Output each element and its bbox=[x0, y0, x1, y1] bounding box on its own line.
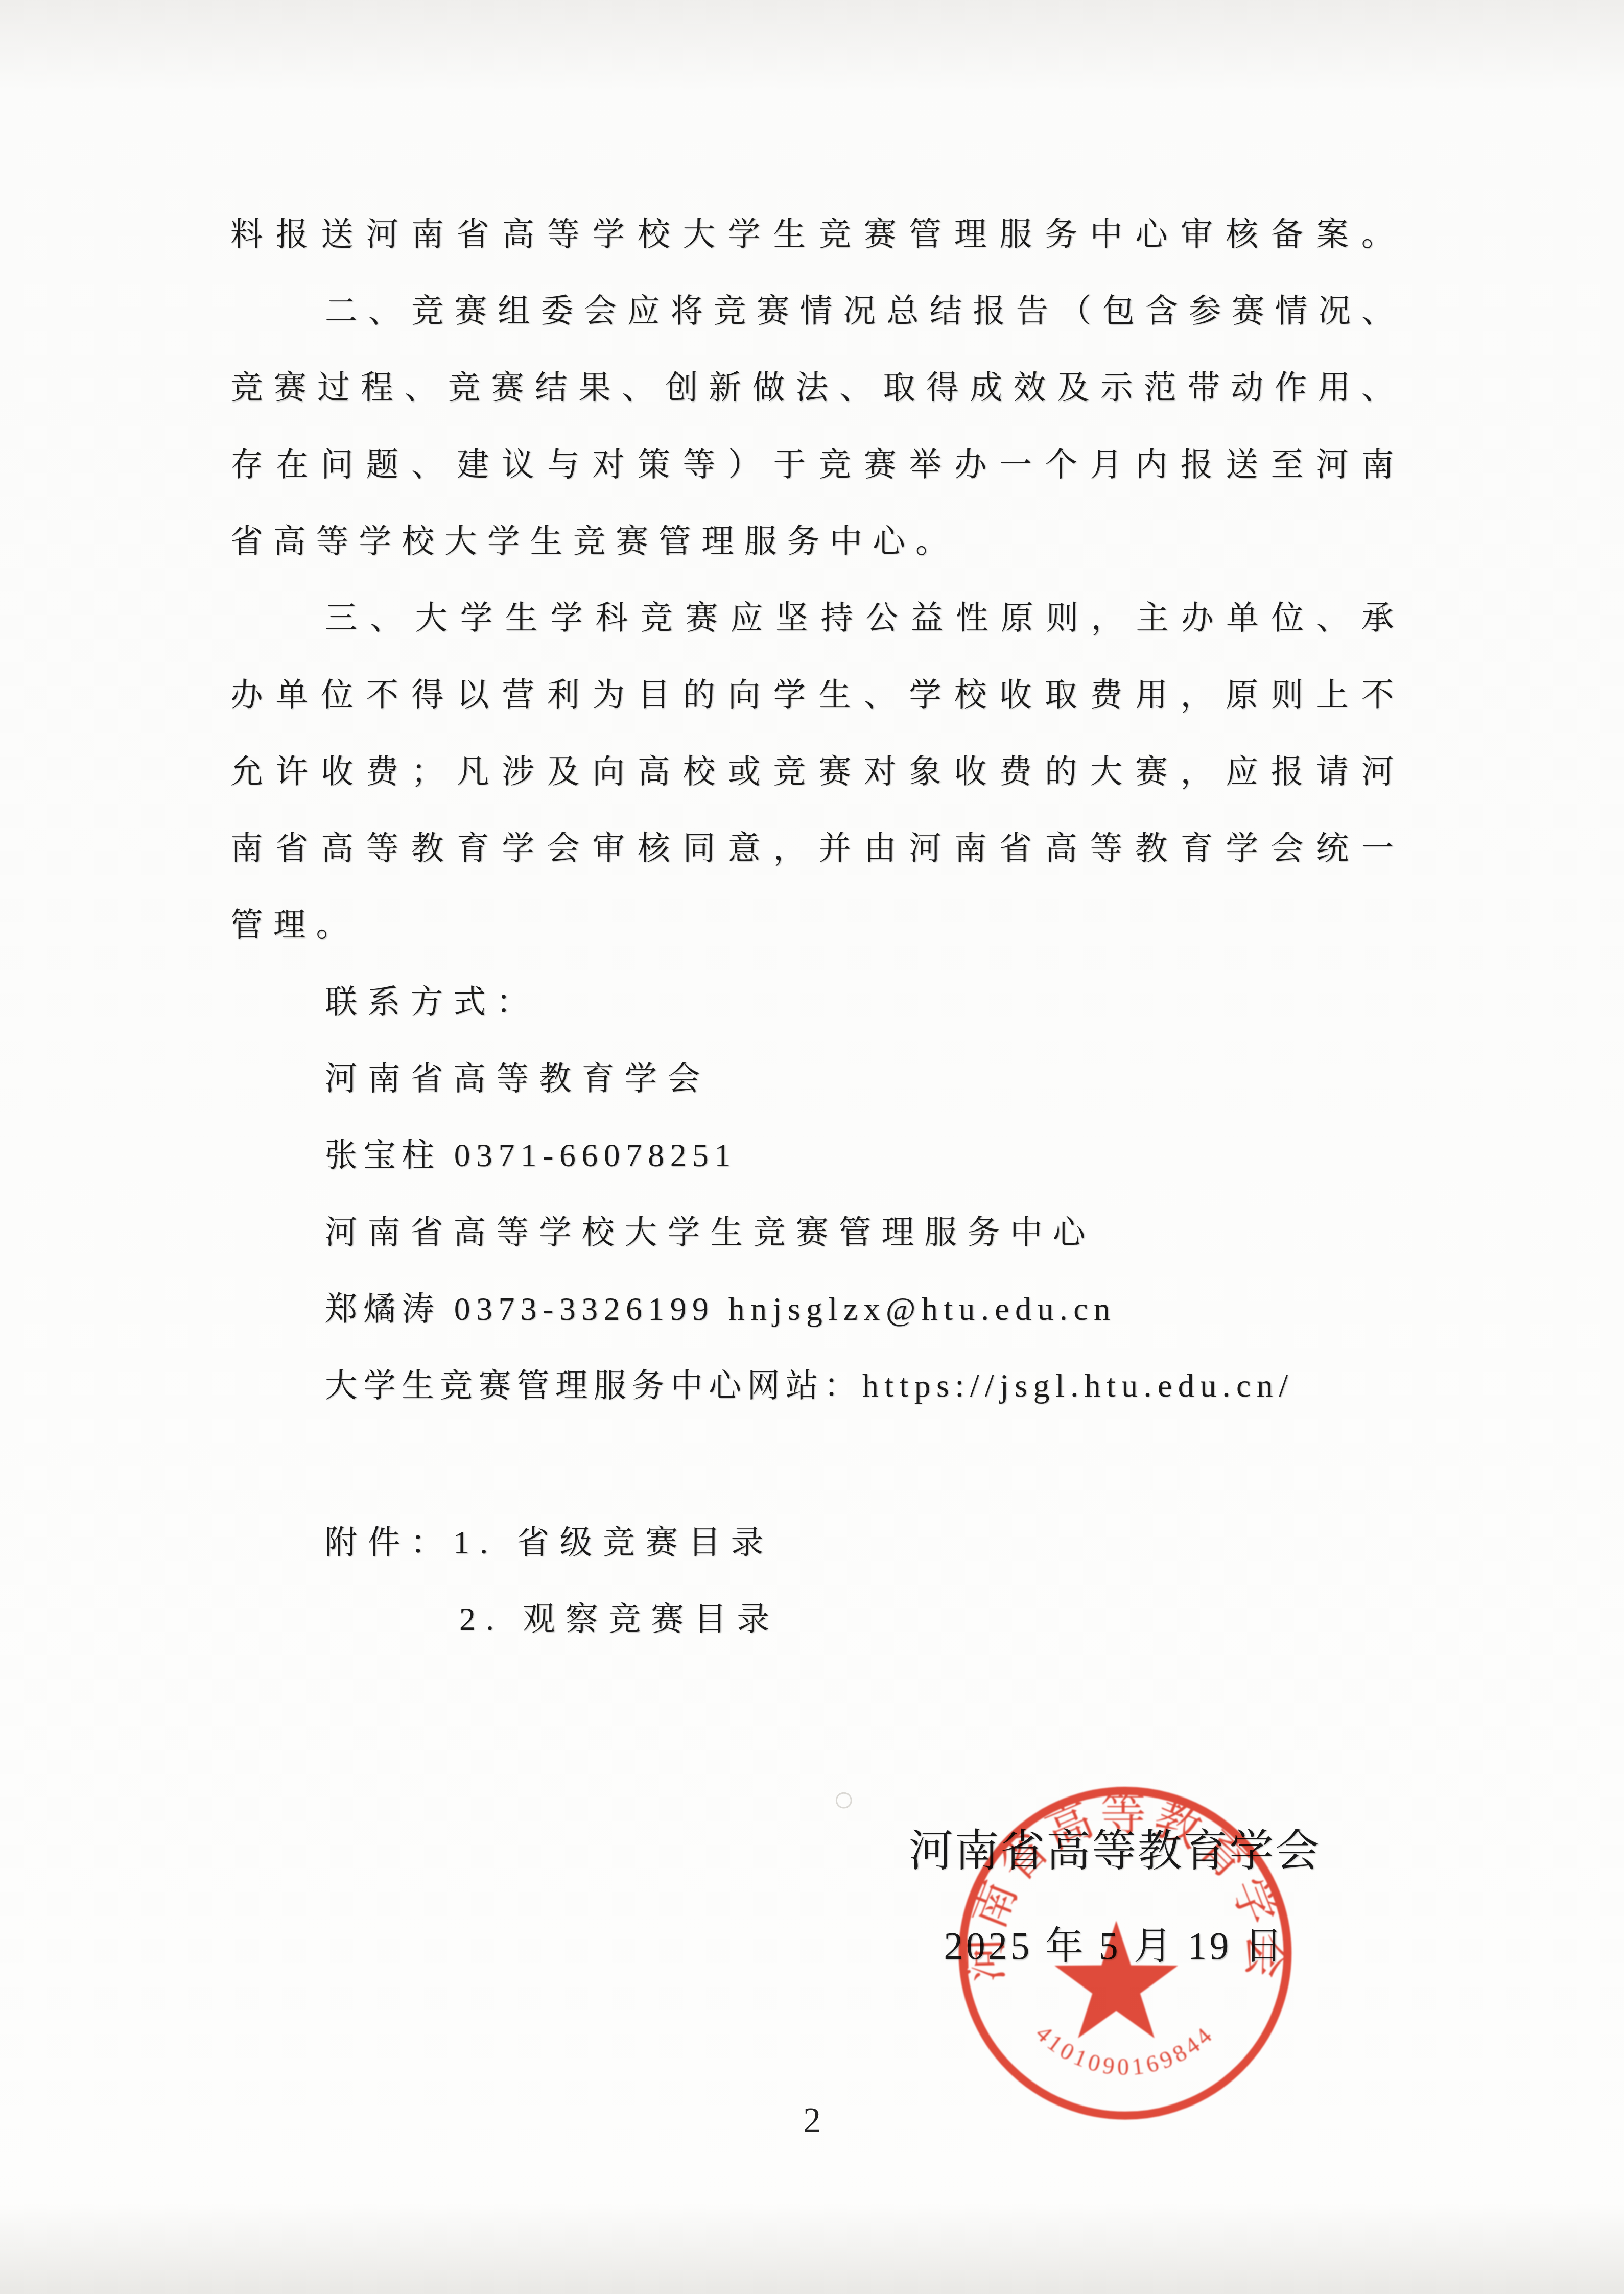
document-line: 二、竞赛组委会应将竞赛情况总结报告（包含参赛情况、 bbox=[230, 273, 1404, 350]
document-line: 料报送河南省高等学校大学生竞赛管理服务中心审核备案。 bbox=[230, 196, 1404, 273]
document-line: 管理。 bbox=[230, 887, 1404, 964]
document-line: 三、大学生学科竞赛应坚持公益性原则，主办单位、承 bbox=[230, 580, 1404, 657]
signature-date: 2025 年 5 月 19 日 bbox=[827, 1909, 1403, 1985]
contact-heading: 联系方式： bbox=[230, 964, 1404, 1040]
document-page: 料报送河南省高等学校大学生竞赛管理服务中心审核备案。 二、竞赛组委会应将竞赛情况… bbox=[0, 0, 1624, 2294]
document-body: 料报送河南省高等学校大学生竞赛管理服务中心审核备案。 二、竞赛组委会应将竞赛情况… bbox=[230, 196, 1404, 1425]
attachments-list: 附件：1. 省级竞赛目录 2. 观察竞赛目录 bbox=[230, 1504, 1404, 1658]
document-line: 办单位不得以营利为目的向学生、学校收取费用，原则上不 bbox=[230, 657, 1404, 734]
document-line: 竞赛过程、竞赛结果、创新做法、取得成效及示范带动作用、 bbox=[230, 350, 1404, 427]
document-line: 允许收费；凡涉及向高校或竞赛对象收费的大赛，应报请河 bbox=[230, 734, 1404, 810]
scanned-document: 料报送河南省高等学校大学生竞赛管理服务中心审核备案。 二、竞赛组委会应将竞赛情况… bbox=[0, 0, 1624, 2294]
signature-organization: 河南省高等教育学会 bbox=[827, 1814, 1403, 1891]
seal-serial-holder: 4101090169844 bbox=[1030, 2020, 1219, 2080]
contact-org: 河南省高等学校大学生竞赛管理服务中心 bbox=[230, 1194, 1404, 1271]
document-line: 省高等学校大学生竞赛管理服务中心。 bbox=[230, 504, 1404, 580]
seal-serial-number: 4101090169844 bbox=[1030, 2020, 1219, 2080]
contact-website: 大学生竞赛管理服务中心网站：https://jsgl.htu.edu.cn/ bbox=[230, 1348, 1404, 1425]
scan-artifact bbox=[836, 1792, 852, 1809]
contact-person-phone-email: 郑燏涛 0373-3326199 hnjsglzx@htu.edu.cn bbox=[230, 1271, 1404, 1348]
document-line: 南省高等教育学会审核同意，并由河南省高等教育学会统一 bbox=[230, 811, 1404, 887]
page-number: 2 bbox=[0, 2104, 1624, 2139]
attachment-item: 附件：1. 省级竞赛目录 bbox=[230, 1504, 1404, 1581]
document-line: 存在问题、建议与对策等）于竞赛举办一个月内报送至河南 bbox=[230, 427, 1404, 503]
attachment-item: 2. 观察竞赛目录 bbox=[230, 1581, 1404, 1658]
contact-org: 河南省高等教育学会 bbox=[230, 1041, 1404, 1118]
contact-person-phone: 张宝柱 0371-66078251 bbox=[230, 1118, 1404, 1194]
